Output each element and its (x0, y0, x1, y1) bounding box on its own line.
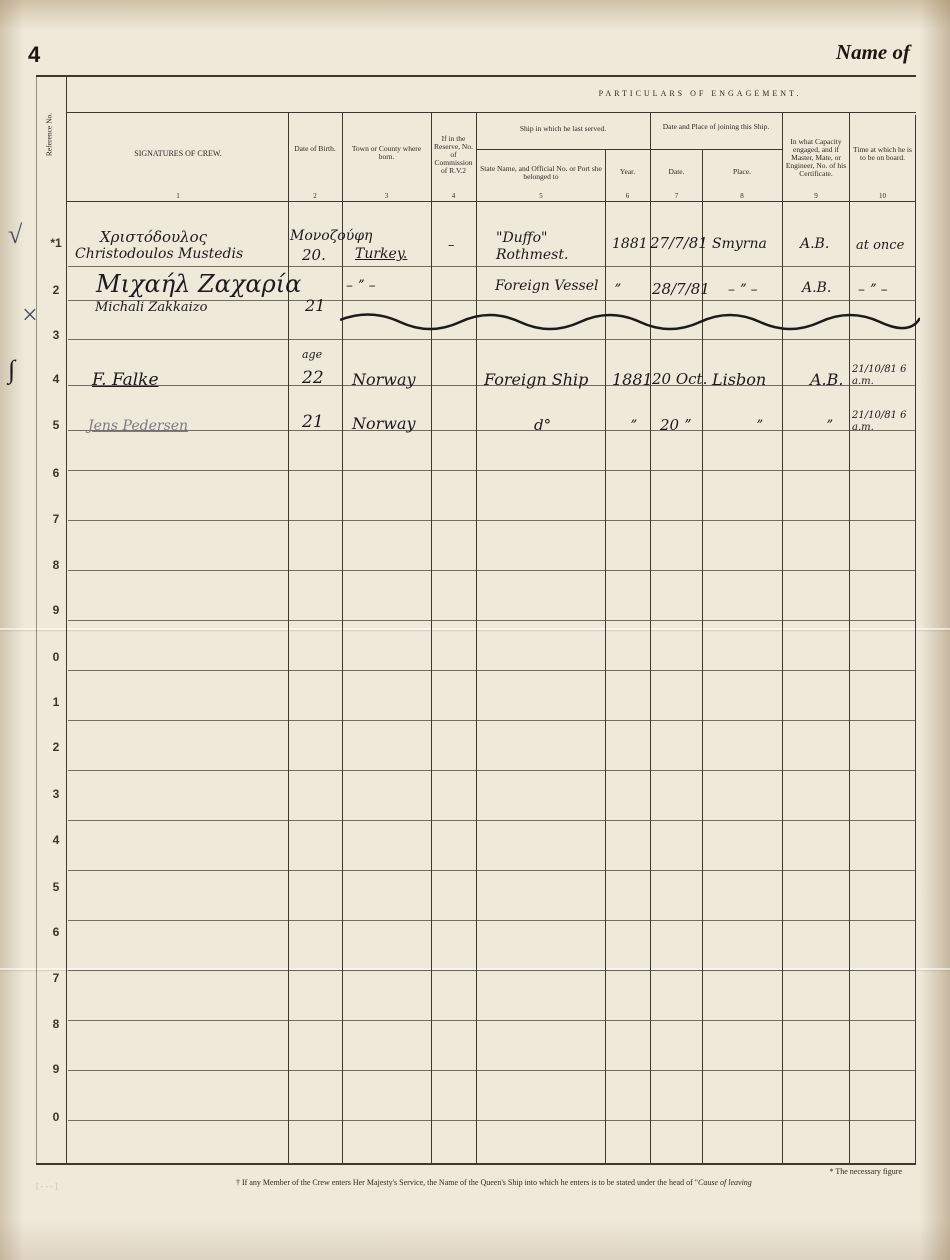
row-number: 4 (48, 833, 64, 847)
col-number: 7 (652, 192, 701, 200)
row-number: 2 (48, 740, 64, 754)
entry1-join-place: Smyrna (712, 236, 767, 252)
footnote-dagger-italic: Cause of leaving (698, 1178, 752, 1187)
entry1-birth-date: 20. (302, 246, 326, 264)
col-header-signatures: SIGNATURES OF CREW. (70, 150, 286, 158)
row-rule (68, 520, 916, 521)
reference-no-label: Reference No. (45, 105, 54, 165)
entry2-birth-date: 21 (305, 296, 325, 315)
table-right-border (915, 115, 916, 1165)
col-header-place: Place. (703, 168, 781, 176)
col-header-year: Year. (606, 168, 649, 176)
row-number: 0 (48, 650, 64, 664)
col-number: 5 (478, 192, 604, 200)
subheader-rule (476, 149, 782, 150)
header-bottom-rule (66, 201, 916, 202)
entry5-birthplace: Norway (352, 414, 416, 433)
row-number: 2 (48, 283, 64, 297)
entry1-year: 1881 (612, 236, 648, 252)
table-bottom-rule (36, 1163, 916, 1165)
row-rule (68, 1020, 916, 1021)
printer-stamp: [ - - - ] (36, 1182, 57, 1191)
entry4-year: 1881 (612, 370, 653, 389)
row-number: 5 (48, 418, 64, 432)
row-rule (68, 1070, 916, 1071)
footnote-necessary-figure: * The necessary figure (830, 1167, 903, 1176)
row-rule (68, 430, 916, 431)
row-rule (68, 920, 916, 921)
col-divider (431, 113, 432, 1163)
reference-column-border (66, 75, 67, 1165)
row-number: 3 (48, 787, 64, 801)
table-left-border (36, 75, 37, 1165)
row-number: 6 (48, 925, 64, 939)
col-number: 2 (290, 192, 340, 200)
entry1-birthplace: Turkey. (355, 246, 407, 262)
row-rule (68, 820, 916, 821)
col-divider (342, 113, 343, 1163)
entry4-signature: F. Falke (92, 370, 159, 390)
page-number: 4 (28, 42, 40, 68)
row-number: 1 (48, 695, 64, 709)
entry2-signature: Michali Zakkaizo (95, 300, 207, 315)
col-number: 4 (432, 192, 475, 200)
col-header-ship-name: State Name, and Official No. or Port she… (478, 165, 604, 181)
row-number: 8 (48, 558, 64, 572)
row-number: 9 (48, 603, 64, 617)
row-number: 7 (48, 971, 64, 985)
entry5-signature: Jens Pedersen (88, 418, 188, 434)
row-rule (68, 970, 916, 971)
col-number: 9 (784, 192, 848, 200)
row-number: 3 (48, 328, 64, 342)
row-number: 5 (48, 880, 64, 894)
entry1-capacity: A.B. (800, 236, 829, 252)
row-rule (68, 720, 916, 721)
col-header-time-on-board: Time at which he is to be on board. (851, 146, 914, 162)
section-title: PARTICULARS OF ENGAGEMENT. (480, 89, 920, 98)
row-number: *1 (48, 236, 64, 250)
row-rule (68, 770, 916, 771)
entry2-join-date: 28/7/81 (652, 280, 710, 298)
entry1-last-ship: "Duffo" Rothmest. (496, 230, 606, 264)
entry2-join-place: – ˮ – (728, 282, 758, 298)
entry2-time-on-board: – ˮ – (858, 282, 888, 298)
running-title: Name of (836, 40, 910, 65)
entry4-capacity: A.B. (810, 370, 843, 389)
entry4-age-note: age (302, 348, 322, 361)
row-rule (68, 266, 916, 267)
row-number: 0 (48, 1110, 64, 1124)
header-rule (66, 112, 916, 113)
entry5-join-date: 20 ˮ (660, 416, 691, 434)
row-rule (68, 670, 916, 671)
col-number: 1 (70, 192, 286, 200)
entry2-signature-greek: Μιχαήλ Ζαχαρία (96, 270, 301, 298)
row-rule (68, 339, 916, 340)
col-number: 6 (606, 192, 649, 200)
col-divider (782, 113, 783, 1163)
entry2-last-ship: Foreign Vessel (495, 278, 599, 294)
entry1-signature-greek: Χριστόδουλος (100, 228, 207, 246)
entry1-signature: Christodoulos Mustedis (75, 246, 243, 262)
entry1-time-on-board: at once (856, 238, 904, 253)
row-rule (68, 570, 916, 571)
register-page: 4 Name of PARTICULARS OF ENGAGEMENT. Ref… (0, 0, 950, 1260)
col-number: 10 (851, 192, 914, 200)
col-header-reserve: If in the Reserve, No. of Commission of … (432, 135, 475, 175)
row-rule (68, 470, 916, 471)
group-header-last-ship: Ship in which he last served. (478, 125, 648, 133)
row-rule (68, 1120, 916, 1121)
entry4-join-date: 20 Oct. (652, 370, 707, 388)
entry4-join-place: Lisbon (712, 370, 766, 389)
col-header-birth-date: Date of Birth. (290, 145, 340, 153)
entry5-capacity: ˮ (826, 418, 833, 434)
row-number: 9 (48, 1062, 64, 1076)
strike-through-wave (340, 308, 920, 338)
entry4-birthplace: Norway (352, 370, 416, 389)
entry1-join-date: 27/7/81 (650, 234, 708, 252)
row-number: 6 (48, 466, 64, 480)
footnote-dagger-text: † If any Member of the Crew enters Her M… (236, 1178, 698, 1187)
col-header-date: Date. (652, 168, 701, 176)
group-header-joining: Date and Place of joining this Ship. (652, 123, 780, 131)
footnote-dagger: † If any Member of the Crew enters Her M… (236, 1178, 752, 1187)
entry1-birthplace-greek: Μονοζούφη (290, 228, 372, 244)
table-top-rule (36, 75, 916, 77)
entry2-birthplace: – ˮ – (346, 278, 376, 294)
row-rule (68, 620, 916, 621)
col-divider (849, 113, 850, 1163)
margin-cross-mark: × (22, 300, 38, 332)
entry4-time-on-board: 21/10/81 6 a.m. (852, 364, 914, 388)
row-number: 4 (48, 372, 64, 386)
entry5-year: ˮ (630, 418, 637, 434)
margin-tick-mark: √ (8, 220, 22, 250)
col-divider (605, 150, 606, 1163)
entry2-year: ˮ (614, 282, 621, 298)
entry2-capacity: A.B. (802, 280, 831, 296)
col-divider (702, 150, 703, 1163)
col-divider (476, 113, 477, 1163)
row-number: 7 (48, 512, 64, 526)
entry1-reserve: – (448, 238, 455, 253)
entry5-birth-date: 21 (302, 412, 324, 432)
col-divider (650, 113, 651, 1163)
entry5-last-ship: d° (534, 416, 551, 434)
entry5-time-on-board: 21/10/81 6 a.m. (852, 410, 914, 434)
col-number: 8 (703, 192, 781, 200)
entry5-join-place: ˮ (756, 418, 763, 434)
col-header-capacity: In what Capacity engaged, and if Master,… (784, 138, 848, 178)
col-header-birthplace: Town or County where born. (344, 145, 429, 161)
margin-tick-mark: ∫ (8, 355, 15, 385)
row-rule (68, 870, 916, 871)
entry4-birth-date: 22 (302, 368, 324, 388)
paper-fold (0, 628, 950, 630)
entry4-last-ship: Foreign Ship (484, 370, 588, 389)
col-number: 3 (344, 192, 429, 200)
row-number: 8 (48, 1017, 64, 1031)
